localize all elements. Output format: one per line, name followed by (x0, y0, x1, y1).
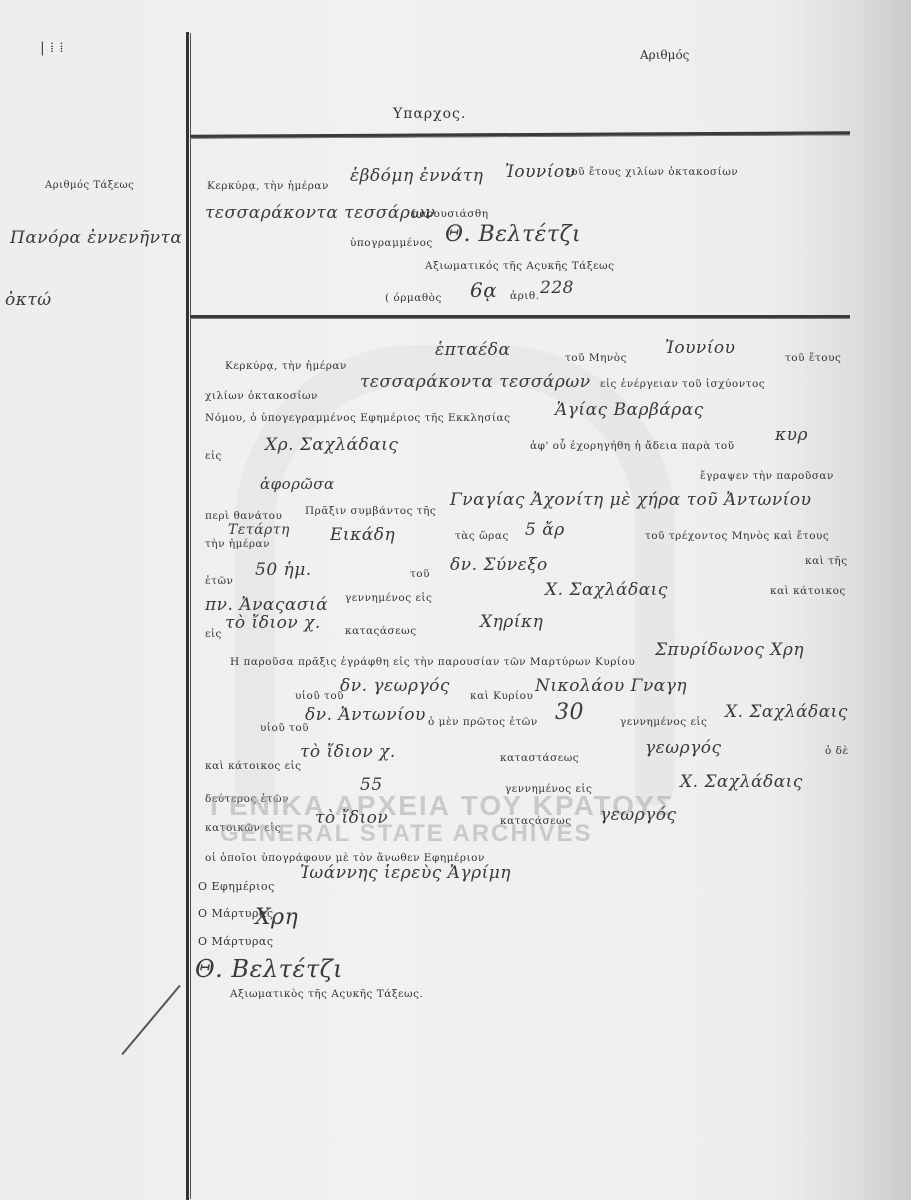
body-text: καταςάσεως (345, 625, 417, 637)
body-text: τὴν ἡμέραν (205, 538, 270, 550)
body-handwritten: Ἁγίας Βαρβάρας (555, 400, 704, 420)
body-text: ὁ μὲν πρῶτος ἐτῶν (428, 716, 538, 728)
body-text: εἰς ἐνέργειαν τοῦ ἰσχύοντος (600, 378, 765, 390)
body-handwritten: Χρ. Σαχλάδαις (265, 435, 398, 455)
stub-day-handwritten: ἑβδόμη ἐννάτη (350, 166, 483, 186)
body-handwritten: Τετάρτη (228, 522, 290, 538)
body-handwritten: γεωργός (600, 805, 677, 825)
stub-bundle-handwritten: 6ᾳ (470, 278, 497, 302)
stub-text: τοῦ ἔτους χιλίων ὀκτακοσίων (565, 166, 738, 178)
order-number-label: Αριθμός Τάξεως (45, 180, 134, 191)
body-text: χιλίων ὀκτακοσίων (205, 390, 318, 402)
officer-signature: Θ. Βελτέτζι (195, 955, 343, 983)
stub-text: ἀριθ. (510, 290, 540, 302)
witness-signature: Χρη (255, 905, 298, 930)
stub-signature: Θ. Βελτέτζι (445, 222, 581, 247)
body-handwritten: Χ. Σαχλάδαις (725, 702, 848, 722)
body-text: καὶ τῆς (805, 555, 848, 567)
body-text: καὶ κάτοικος εἰς (205, 760, 302, 772)
body-text: ἀφ' οὗ ἐχορηγήθη ἡ ἄδεια παρὰ τοῦ (530, 440, 735, 452)
officer-label: Αξιωματικὸς τῆς Αςυκῆς Τάξεως. (230, 988, 423, 1000)
stub-text: ( όρμαθὸς (385, 292, 442, 304)
document-title: Υπαρχος. (393, 106, 466, 122)
priest-label: O Εφημέριος (198, 880, 275, 893)
body-handwritten: Ἰουνίου (665, 338, 736, 358)
stub-divider-line (186, 32, 189, 1200)
body-text: τοῦ (410, 568, 430, 580)
body-handwritten: 5 ἄρ (525, 520, 565, 540)
stub-number-handwritten: 228 (540, 278, 574, 298)
pen-stroke (121, 985, 180, 1055)
body-text: υἱοῦ τοῦ (295, 690, 344, 702)
margin-marks: | ⁞ ⁞ (40, 40, 64, 57)
body-handwritten: τεσσαράκοντα τεσσάρων (360, 372, 591, 392)
witness-label: O Μάρτυρας (198, 935, 274, 948)
stub-text: παρουσιάσθη (412, 208, 489, 220)
body-handwritten: γεωργός (645, 738, 722, 758)
body-text: καὶ Κυρίου (470, 690, 533, 702)
body-handwritten: 50 ἡμ. (255, 560, 312, 580)
body-text: περὶ θανάτου (205, 510, 282, 522)
body-handwritten: Χ. Σαχλάδαις (545, 580, 668, 600)
priest-signature: Ἰωάννης ἱερεὺς Ἀγρίμη (300, 863, 511, 883)
body-handwritten: Σπυρίδωνος Χρη (655, 640, 804, 660)
body-text: ἔγραψεν τὴν παροῦσαν (700, 470, 834, 482)
body-text: ἐτῶν (205, 575, 233, 587)
body-handwritten: ἀφορῶσα (260, 475, 335, 493)
number-label: Αριθμός (640, 48, 689, 62)
body-text: εἰς (205, 450, 222, 462)
body-text: καὶ κάτοικος (770, 585, 846, 597)
body-handwritten: Χ. Σαχλάδαις (680, 772, 803, 792)
body-handwritten: Γναγίας Ἀχονίτη μὲ χήρα τοῦ Ἀντωνίου (450, 490, 811, 510)
body-text: γεννημένος εἰς (620, 716, 707, 728)
stub-text: Αξιωματικός τῆς Αςυκῆς Τάξεως (425, 260, 614, 272)
body-text: Η παροῦσα πρᾶξις ἐγράφθη εἰς τὴν παρουσί… (230, 656, 635, 668)
body-text: τοῦ ἔτους (785, 352, 841, 364)
watermark-english: GENERAL STATE ARCHIVES (220, 820, 592, 848)
body-handwritten: Νικολάου Γναγη (535, 676, 687, 696)
stub-year-handwritten: τεσσαράκοντα τεσσάρων (205, 203, 436, 223)
body-handwritten: δν. Ἀντωνίου (305, 705, 426, 725)
order-number-handwritten: Πανόρα ἐννενῆντα (10, 228, 182, 248)
body-handwritten: πν. Ἀναςασιά (205, 595, 328, 615)
body-handwritten: τὸ ἴδιον χ. (300, 742, 396, 762)
body-handwritten: δν. γεωργός (340, 676, 450, 696)
body-text: τοῦ τρέχοντος Μηνὸς καὶ ἔτους (645, 530, 829, 542)
scanned-document-page: | ⁞ ⁞ Αριθμός Υπαρχος. Αριθμός Τάξεως Πα… (0, 0, 911, 1200)
body-handwritten: Εικάδη (330, 525, 395, 545)
body-text: καταστάσεως (500, 752, 579, 764)
body-text: τὰς ὥρας (455, 530, 509, 542)
body-handwritten: δν. Σύνεξο (450, 555, 548, 575)
stub-text: ὑπογραμμένος (350, 237, 433, 249)
body-text: Νόμου, ὁ ὑπογεγραμμένος Εφημέριος τῆς Εκ… (205, 412, 510, 424)
body-text: τοῦ Μηνὸς (565, 352, 627, 364)
body-text: Κερκύρᾳ, τὴν ἡμέραν (225, 360, 347, 372)
body-text: γεννημένος εἰς (345, 592, 432, 604)
body-text: εἰς (205, 628, 222, 640)
body-handwritten: ἑπταέδα (435, 340, 511, 360)
order-number-handwritten-2: ὀκτώ (5, 290, 52, 310)
stub-text: Κερκύρᾳ, τὴν ἡμέραν (207, 180, 329, 192)
body-text: ὁ δὲ (825, 745, 849, 757)
body-text: υἱοῦ τοῦ (260, 722, 309, 734)
double-rule-top (190, 131, 850, 138)
body-text: Πρᾶξιν συμβάντος τῆς (305, 505, 436, 517)
body-handwritten: κυρ (775, 425, 808, 445)
body-handwritten: 30 (555, 700, 584, 725)
page-edge-shadow (760, 0, 911, 1200)
double-rule-body (190, 315, 850, 319)
body-handwritten: Χηρίκη (480, 612, 543, 632)
body-handwritten: τὸ ἴδιον χ. (225, 613, 321, 633)
